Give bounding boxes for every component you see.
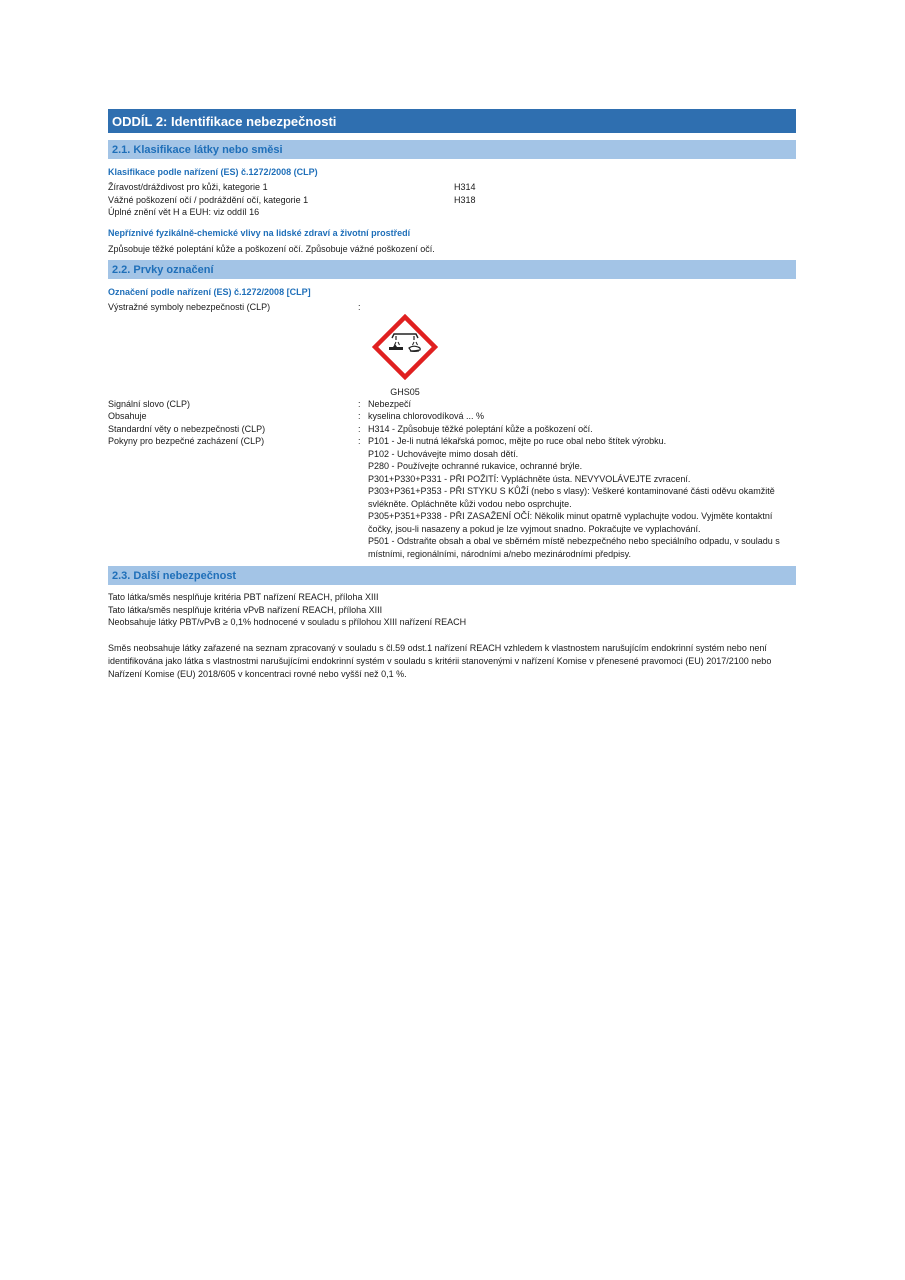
precautionary-statement: P301+P330+P331 - PŘI POŽITÍ: Vypláchněte… (368, 473, 796, 486)
subsection-header-2-1: 2.1. Klasifikace látky nebo směsi (108, 140, 796, 159)
contains-value: kyselina chlorovodíková ... % (368, 410, 796, 423)
pictograms-label: Výstražné symboly nebezpečnosti (CLP) (108, 301, 358, 314)
precautionary-statements-list: P101 - Je-li nutná lékařská pomoc, mějte… (368, 435, 796, 560)
other-hazard-line: Tato látka/směs nesplňuje kritéria vPvB … (108, 604, 796, 617)
hazard-code: H318 (454, 194, 476, 207)
precautionary-statement: P280 - Používejte ochranné rukavice, och… (368, 460, 796, 473)
endocrine-disruptor-text: Směs neobsahuje látky zařazené na seznam… (108, 642, 798, 681)
other-hazard-line: Tato látka/směs nesplňuje kritéria PBT n… (108, 591, 796, 604)
other-hazards-list: Tato látka/směs nesplňuje kritéria PBT n… (108, 591, 796, 629)
precautionary-statement: P102 - Uchovávejte mimo dosah dětí. (368, 448, 796, 461)
hazard-code: H314 (454, 181, 476, 194)
adverse-effects-text: Způsobuje těžké poleptání kůže a poškoze… (108, 243, 796, 256)
classification-label: Vážné poškození očí / podráždění očí, ka… (108, 194, 454, 207)
subsection-header-2-3: 2.3. Další nebezpečnost (108, 566, 796, 585)
section-header: ODDÍL 2: Identifikace nebezpečnosti (108, 109, 796, 133)
hazard-statement: H314 - Způsobuje těžké poleptání kůže a … (368, 423, 796, 436)
corrosion-icon (372, 314, 438, 380)
colon: : (358, 398, 368, 411)
colon: : (358, 435, 368, 560)
adverse-effects-title: Nepříznivé fyzikálně-chemické vlivy na l… (108, 227, 796, 239)
contains-row: Obsahuje : kyselina chlorovodíková ... % (108, 410, 796, 423)
sds-section-2: ODDÍL 2: Identifikace nebezpečnosti 2.1.… (108, 109, 796, 681)
pictogram-ghs05: GHS05 (372, 314, 438, 398)
signal-word-row: Signální slovo (CLP) : Nebezpečí (108, 398, 796, 411)
clp-classification-title: Klasifikace podle nařízení (ES) č.1272/2… (108, 166, 796, 178)
classification-row: Žíravost/dráždivost pro kůži, kategorie … (108, 181, 796, 194)
signal-word-label: Signální slovo (CLP) (108, 398, 358, 411)
colon: : (358, 301, 368, 314)
pictograms-row: Výstražné symboly nebezpečnosti (CLP) : (108, 301, 796, 314)
classification-label: Žíravost/dráždivost pro kůži, kategorie … (108, 181, 454, 194)
precautionary-statement: P303+P361+P353 - PŘI STYKU S KŮŽÍ (nebo … (368, 485, 796, 510)
subsection-header-2-2: 2.2. Prvky označení (108, 260, 796, 279)
precautionary-statement: P101 - Je-li nutná lékařská pomoc, mějte… (368, 435, 796, 448)
colon: : (358, 410, 368, 423)
classification-row: Vážné poškození očí / podráždění očí, ka… (108, 194, 796, 207)
other-hazard-line: Neobsahuje látky PBT/vPvB ≥ 0,1% hodnoce… (108, 616, 796, 629)
precautionary-statements-row: Pokyny pro bezpečné zacházení (CLP) : P1… (108, 435, 796, 560)
precautionary-statement: P501 - Odstraňte obsah a obal ve sběrném… (368, 535, 796, 560)
full-text-note: Úplné znění vět H a EUH: viz oddíl 16 (108, 206, 796, 219)
contains-label: Obsahuje (108, 410, 358, 423)
label-elements-title: Označení podle nařízení (ES) č.1272/2008… (108, 286, 796, 298)
hazard-statements-row: Standardní věty o nebezpečnosti (CLP) : … (108, 423, 796, 436)
classification-list: Žíravost/dráždivost pro kůži, kategorie … (108, 181, 796, 219)
precautionary-statements-label: Pokyny pro bezpečné zacházení (CLP) (108, 435, 358, 560)
signal-word-value: Nebezpečí (368, 398, 796, 411)
precautionary-statement: P305+P351+P338 - PŘI ZASAŽENÍ OČÍ: Někol… (368, 510, 796, 535)
colon: : (358, 423, 368, 436)
hazard-statements-label: Standardní věty o nebezpečnosti (CLP) (108, 423, 358, 436)
pictogram-code: GHS05 (372, 386, 438, 398)
